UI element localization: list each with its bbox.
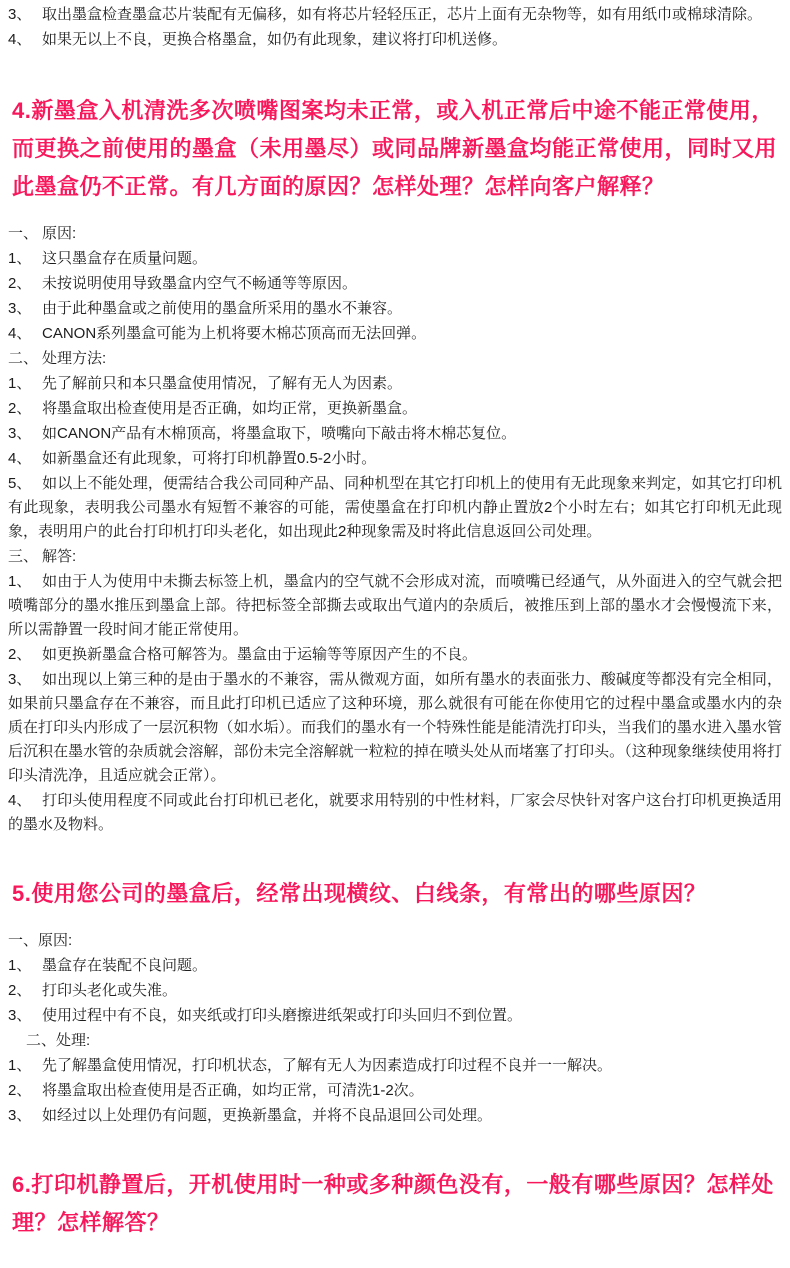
list-item-text: 如经过以上处理仍有问题，更换新墨盒，并将不良品退回公司处理。 [42,1107,492,1124]
list-item-marker: 1、 [8,570,42,594]
list-item: 1、墨盒存在装配不良问题。 [8,954,782,978]
list-item: 4、CANON系列墨盒可能为上机将要木棉芯顶高而无法回弹。 [8,322,782,346]
section-heading-q5: 5.使用您公司的墨盒后，经常出现横纹、白线条，有常出的哪些原因？ [12,875,778,913]
list-item: 三、解答: [8,545,782,569]
list-item: 3、由于此种墨盒或之前使用的墨盒所采用的墨水不兼容。 [8,297,782,321]
list-item: 1、这只墨盒存在质量问题。 [8,247,782,271]
list-item-marker: 3、 [8,1104,42,1128]
list-item-marker: 4、 [8,447,42,471]
list-item-text: 如新墨盒还有此现象，可将打印机静置0.5-2小时。 [42,450,376,467]
list-item-text: 这只墨盒存在质量问题。 [42,250,207,267]
list-item-text: 先了解前只和本只墨盒使用情况，了解有无人为因素。 [42,375,402,392]
list-item-text: 未按说明使用导致墨盒内空气不畅通等等原因。 [42,275,357,292]
list-item: 1、先了解前只和本只墨盒使用情况，了解有无人为因素。 [8,372,782,396]
list-item-text: 打印头使用程度不同或此台打印机已老化，就要求用特别的中性材料，厂家会尽快针对客户… [8,792,782,833]
list-item-marker: 2、 [8,397,42,421]
list-item: 二、处理: [8,1029,782,1053]
list-item-marker: 3、 [8,668,42,692]
list-item-marker: 4、 [8,322,42,346]
list-item: 1、如由于人为使用中未撕去标签上机，墨盒内的空气就不会形成对流，而喷嘴已经通气，… [8,570,782,642]
list-item: 2、打印头老化或失准。 [8,979,782,1003]
list-item: 2、将墨盒取出检查使用是否正确，如均正常，更换新墨盒。 [8,397,782,421]
list-item-text: 将墨盒取出检查使用是否正确，如均正常，更换新墨盒。 [42,400,417,417]
list-item: 3、如CANON产品有木棉顶高，将墨盒取下，喷嘴向下敲击将木棉芯复位。 [8,422,782,446]
list-item: 4、如果无以上不良，更换合格墨盒，如仍有此现象，建议将打印机送修。 [8,28,782,52]
list-item-marker: 1、 [8,1054,42,1078]
faq-document: 3、取出墨盒检查墨盒芯片装配有无偏移，如有将芯片轻轻压正，芯片上面有无杂物等，如… [0,0,790,1268]
list-item-marker: 2、 [8,272,42,296]
list-item-marker: 3、 [8,3,42,27]
list-item-text: 解答: [42,548,76,565]
list-item-marker: 4、 [8,28,42,52]
section-heading-q4: 4.新墨盒入机清洗多次喷嘴图案均未正常，或入机正常后中途不能正常使用，而更换之前… [12,92,778,206]
list-item-text: 打印头老化或失准。 [42,982,177,999]
list-item-text: 如果无以上不良，更换合格墨盒，如仍有此现象，建议将打印机送修。 [42,31,507,48]
list-item-text: CANON系列墨盒可能为上机将要木棉芯顶高而无法回弹。 [42,325,426,342]
list-item-marker: 二、 [8,347,42,371]
list-item-marker: 2、 [8,1079,42,1103]
list-item-text: 由于此种墨盒或之前使用的墨盒所采用的墨水不兼容。 [42,300,402,317]
list-item-marker: 4、 [8,789,42,813]
list-item-marker: 三、 [8,545,42,569]
list-item-marker: 1、 [8,247,42,271]
list-item: 二、处理方法: [8,347,782,371]
list-item: 一、原因: [8,929,782,953]
list-item-marker: 5、 [8,472,42,496]
list-item-marker: 2、 [8,979,42,1003]
section-heading-q6: 6.打印机静置后，开机使用时一种或多种颜色没有，一般有哪些原因？怎样处理？怎样解… [12,1166,778,1242]
list-item: 1、先了解墨盒使用情况，打印机状态，了解有无人为因素造成打印过程不良并一一解决。 [8,1054,782,1078]
list-item-text: 如CANON产品有木棉顶高，将墨盒取下，喷嘴向下敲击将木棉芯复位。 [42,425,516,442]
list-item: 4、打印头使用程度不同或此台打印机已老化，就要求用特别的中性材料，厂家会尽快针对… [8,789,782,837]
list-item-text: 处理方法: [42,350,106,367]
list-item-marker: 1、 [8,954,42,978]
list-item-marker: 二、 [26,1029,56,1053]
list-item: 3、使用过程中有不良，如夹纸或打印头磨擦进纸架或打印头回归不到位置。 [8,1004,782,1028]
list-item-text: 先了解墨盒使用情况，打印机状态，了解有无人为因素造成打印过程不良并一一解决。 [42,1057,612,1074]
list-item: 3、如经过以上处理仍有问题，更换新墨盒，并将不良品退回公司处理。 [8,1104,782,1128]
list-item: 2、未按说明使用导致墨盒内空气不畅通等等原因。 [8,272,782,296]
list-item: 3、取出墨盒检查墨盒芯片装配有无偏移，如有将芯片轻轻压正，芯片上面有无杂物等，如… [8,3,782,27]
list-item-marker: 3、 [8,1004,42,1028]
list-item-marker: 一、 [8,222,42,246]
list-item-marker: 一、 [8,929,38,953]
list-item: 2、将墨盒取出检查使用是否正确，如均正常，可清洗1-2次。 [8,1079,782,1103]
list-item-marker: 2、 [8,643,42,667]
list-item-text: 如出现以上第三种的是由于墨水的不兼容，需从微观方面，如所有墨水的表面张力、酸碱度… [8,671,782,784]
list-item-marker: 3、 [8,297,42,321]
list-item-text: 将墨盒取出检查使用是否正确，如均正常，可清洗1-2次。 [42,1082,424,1099]
list-item: 5、如以上不能处理，便需结合我公司同种产品、同种机型在其它打印机上的使用有无此现… [8,472,782,544]
list-item-text: 如以上不能处理，便需结合我公司同种产品、同种机型在其它打印机上的使用有无此现象来… [8,475,782,540]
list-item-marker: 3、 [8,422,42,446]
list-item: 3、如出现以上第三种的是由于墨水的不兼容，需从微观方面，如所有墨水的表面张力、酸… [8,668,782,788]
list-item: 一、原因: [8,222,782,246]
list-item-text: 使用过程中有不良，如夹纸或打印头磨擦进纸架或打印头回归不到位置。 [42,1007,522,1024]
list-item-text: 取出墨盒检查墨盒芯片装配有无偏移，如有将芯片轻轻压正，芯片上面有无杂物等，如有用… [42,6,762,23]
list-item-text: 原因: [38,932,72,949]
list-item-text: 墨盒存在装配不良问题。 [42,957,207,974]
list-item-marker: 1、 [8,372,42,396]
list-item-text: 如更换新墨盒合格可解答为。墨盒由于运输等等原因产生的不良。 [42,646,477,663]
list-item-text: 原因: [42,225,76,242]
list-item-text: 处理: [56,1032,90,1049]
list-item: 2、如更换新墨盒合格可解答为。墨盒由于运输等等原因产生的不良。 [8,643,782,667]
list-item-text: 如由于人为使用中未撕去标签上机，墨盒内的空气就不会形成对流，而喷嘴已经通气，从外… [8,573,782,638]
list-item: 4、如新墨盒还有此现象，可将打印机静置0.5-2小时。 [8,447,782,471]
